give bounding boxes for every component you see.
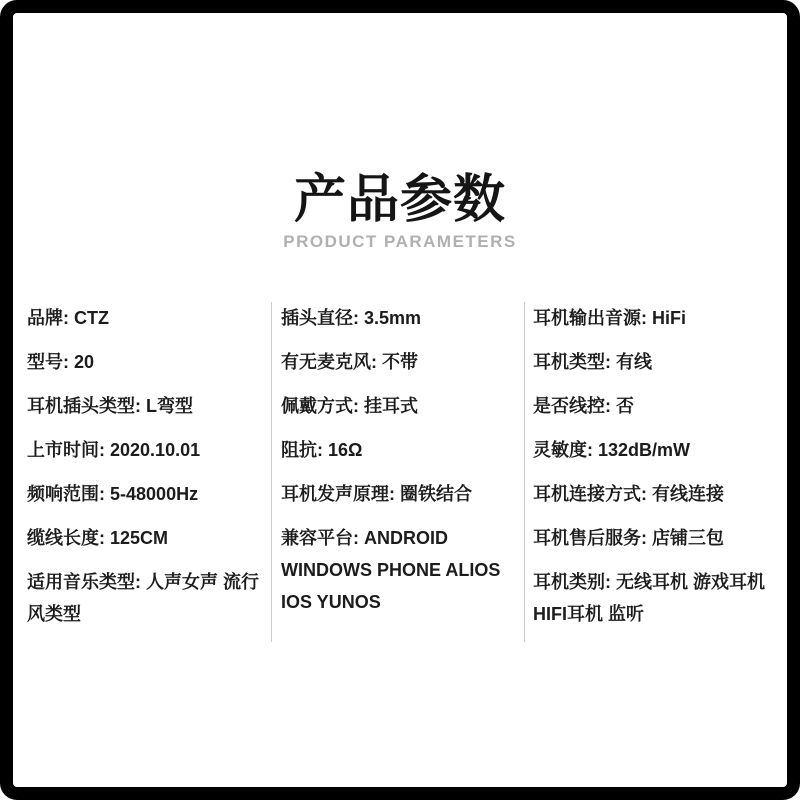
- spec-label: 灵敏度:: [533, 440, 593, 460]
- spec-label: 阻抗:: [281, 440, 323, 460]
- spec-label: 佩戴方式:: [281, 396, 359, 416]
- product-parameters-sheet: 产品参数 PRODUCT PARAMETERS 品牌: CTZ 型号: 20 耳…: [13, 13, 787, 787]
- spec-column-2: 插头直径: 3.5mm 有无麦克风: 不带 佩戴方式: 挂耳式 阻抗: 16Ω …: [272, 302, 524, 642]
- page-title: 产品参数: [13, 171, 787, 229]
- spec-label: 缆线长度:: [27, 528, 105, 548]
- spec-label: 有无麦克风:: [281, 352, 377, 372]
- spec-label: 兼容平台:: [281, 528, 359, 548]
- spec-value: 132dB/mW: [598, 440, 690, 460]
- spec-label: 适用音乐类型:: [27, 572, 141, 592]
- spec-row-frequency-range: 频响范围: 5-48000Hz: [27, 478, 265, 510]
- spec-row-connection-type: 耳机连接方式: 有线连接: [533, 478, 781, 510]
- spec-value: CTZ: [74, 308, 109, 328]
- spec-value: 挂耳式: [364, 396, 418, 416]
- spec-label: 耳机类型:: [533, 352, 611, 372]
- spec-row-sensitivity: 灵敏度: 132dB/mW: [533, 434, 781, 466]
- spec-row-plug-type: 耳机插头类型: L弯型: [27, 390, 265, 422]
- spec-value: 125CM: [110, 528, 168, 548]
- spec-row-output-source: 耳机输出音源: HiFi: [533, 302, 781, 334]
- spec-row-microphone: 有无麦克风: 不带: [281, 346, 520, 378]
- spec-row-brand: 品牌: CTZ: [27, 302, 265, 334]
- spec-columns: 品牌: CTZ 型号: 20 耳机插头类型: L弯型 上市时间: 2020.10…: [13, 302, 787, 642]
- spec-row-model: 型号: 20: [27, 346, 265, 378]
- spec-value: 有线连接: [652, 484, 724, 504]
- spec-row-music-type: 适用音乐类型: 人声女声 流行风类型: [27, 566, 265, 630]
- spec-value: 有线: [616, 352, 652, 372]
- spec-column-3: 耳机输出音源: HiFi 耳机类型: 有线 是否线控: 否 灵敏度: 132dB…: [525, 302, 787, 642]
- spec-label: 耳机类别:: [533, 572, 611, 592]
- spec-value: 16Ω: [328, 440, 362, 460]
- spec-label: 耳机输出音源:: [533, 308, 647, 328]
- spec-value: HiFi: [652, 308, 686, 328]
- spec-value: L弯型: [146, 396, 193, 416]
- spec-row-wearing-style: 佩戴方式: 挂耳式: [281, 390, 520, 422]
- spec-value: 否: [616, 396, 634, 416]
- spec-column-1: 品牌: CTZ 型号: 20 耳机插头类型: L弯型 上市时间: 2020.10…: [13, 302, 271, 642]
- spec-row-category: 耳机类别: 无线耳机 游戏耳机 HIFI耳机 监听: [533, 566, 781, 630]
- spec-label: 插头直径:: [281, 308, 359, 328]
- spec-row-cable-length: 缆线长度: 125CM: [27, 522, 265, 554]
- spec-label: 是否线控:: [533, 396, 611, 416]
- spec-label: 型号:: [27, 352, 69, 372]
- page-subtitle: PRODUCT PARAMETERS: [13, 232, 787, 252]
- spec-label: 频响范围:: [27, 484, 105, 504]
- spec-row-impedance: 阻抗: 16Ω: [281, 434, 520, 466]
- spec-row-driver-principle: 耳机发声原理: 圈铁结合: [281, 478, 520, 510]
- spec-row-plug-diameter: 插头直径: 3.5mm: [281, 302, 520, 334]
- spec-value: 不带: [382, 352, 418, 372]
- spec-value: 3.5mm: [364, 308, 421, 328]
- spec-row-launch-date: 上市时间: 2020.10.01: [27, 434, 265, 466]
- spec-label: 耳机售后服务:: [533, 528, 647, 548]
- spec-value: 圈铁结合: [400, 484, 472, 504]
- spec-label: 耳机发声原理:: [281, 484, 395, 504]
- spec-value: 20: [74, 352, 94, 372]
- spec-value: 店铺三包: [652, 528, 724, 548]
- spec-label: 耳机连接方式:: [533, 484, 647, 504]
- spec-label: 耳机插头类型:: [27, 396, 141, 416]
- header: 产品参数 PRODUCT PARAMETERS: [13, 171, 787, 252]
- spec-row-compatible-platforms: 兼容平台: ANDROID WINDOWS PHONE ALIOS IOS YU…: [281, 522, 520, 618]
- spec-label: 品牌:: [27, 308, 69, 328]
- spec-label: 上市时间:: [27, 440, 105, 460]
- spec-row-headphone-type: 耳机类型: 有线: [533, 346, 781, 378]
- spec-value: 5-48000Hz: [110, 484, 198, 504]
- spec-value: 2020.10.01: [110, 440, 200, 460]
- spec-row-after-sales: 耳机售后服务: 店铺三包: [533, 522, 781, 554]
- spec-row-inline-control: 是否线控: 否: [533, 390, 781, 422]
